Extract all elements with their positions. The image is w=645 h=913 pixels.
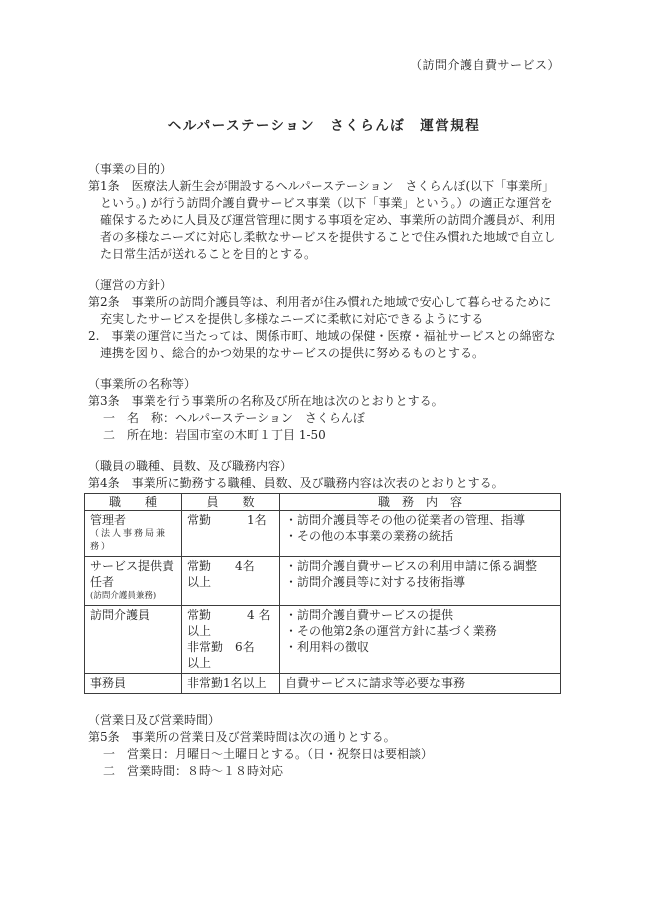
business-days-item: 一 営業日：月曜日～土曜日とする。（日・祝祭日は要相談） [88,746,560,763]
role-note: (訪問介護員兼務) [90,590,176,603]
article-3-lead: 第3条 事業を行う事業所の名称及び所在地は次のとおりとする。 [88,393,560,410]
duties-cell: ・訪問介護自費サービスの提供 ・その他第2条の運営方針に基づく業務 ・利用料の徴… [280,606,561,674]
count-cell: 非常勤1名以上 [182,674,280,694]
role-label: サービス提供責任者 [90,558,176,590]
section-policy: （運営の方針） 第2条 事業所の訪問介護員等は、利用者が住み慣れた地域で安心して… [88,277,560,362]
article-5-lead: 第5条 事業所の営業日及び営業時間は次の通りとする。 [88,729,560,746]
page-title: ヘルパーステーション さくらんぼ 運営規程 [88,118,560,135]
role-note: （法人事務局兼務） [90,528,176,554]
section-purpose-heading: （事業の目的） [88,161,560,178]
col-header-count: 員 数 [182,494,280,511]
section-staff-heading: （職員の職種、員数、及び職務内容） [88,458,560,475]
table-row-service-manager: サービス提供責任者 (訪問介護員兼務) 常勤 4名 以上 ・訪問介護自費サービス… [85,557,561,606]
section-name-address: （事業所の名称等） 第3条 事業を行う事業所の名称及び所在地は次のとおりとする。… [88,376,560,444]
count-cell: 常勤 4名 以上 [182,557,280,606]
business-hours-item: 二 営業時間：８時～１８時対応 [88,763,560,780]
office-name-item: 一 名 称：ヘルパーステーション さくらんぼ [88,410,560,427]
table-row-helper: 訪問介護員 常勤 4 名 以上 非常勤 6名 以上 ・訪問介護自費サービスの提供… [85,606,561,674]
article-2-clause-1: 第2条 事業所の訪問介護員等は、利用者が住み慣れた地域で安心して暮らせるために充… [88,294,560,328]
section-purpose: （事業の目的） 第1条 医療法人新生会が開設するヘルパーステーション さくらんぼ… [88,161,560,263]
article-2-clause-2: 2. 事業の運営に当たっては、関係市町、地域の保健・医療・福祉サービスとの綿密な… [88,328,560,362]
duties-cell: ・訪問介護員等その他の従業者の管理、指導 ・その他の本事業の業務の統括 [280,511,561,557]
duties-cell: 自費サービスに請求等必要な事務 [280,674,561,694]
article-1-text: 第1条 医療法人新生会が開設するヘルパーステーション さくらんぼ(以下「事業所」… [88,178,560,263]
duties-cell: ・訪問介護自費サービスの利用申請に係る調整 ・訪問介護員等に対する技術指導 [280,557,561,606]
article-4-lead: 第4条 事業所に勤務する職種、員数、及び職務内容は次表のとおりとする。 [88,475,560,492]
role-label: 訪問介護員 [90,607,176,623]
document-page: （訪問介護自費サービス） ヘルパーステーション さくらんぼ 運営規程 （事業の目… [0,0,645,913]
section-staff: （職員の職種、員数、及び職務内容） 第4条 事業所に勤務する職種、員数、及び職務… [88,458,560,694]
table-row-clerk: 事務員 非常勤1名以上 自費サービスに請求等必要な事務 [85,674,561,694]
table-row-manager: 管理者 （法人事務局兼務） 常勤 1名 ・訪問介護員等その他の従業者の管理、指導… [85,511,561,557]
staff-table-header-row: 職 種 員 数 職 務 内 容 [85,494,561,511]
count-cell: 常勤 4 名 以上 非常勤 6名 以上 [182,606,280,674]
role-label: 管理者 [90,512,176,528]
section-name-heading: （事業所の名称等） [88,376,560,393]
office-address-item: 二 所在地：岩国市室の木町１丁目 1-50 [88,427,560,444]
staff-table: 職 種 員 数 職 務 内 容 管理者 （法人事務局兼務） 常勤 1名 ・訪問介… [84,493,561,694]
section-hours: （営業日及び営業時間） 第5条 事業所の営業日及び営業時間は次の通りとする。 一… [88,712,560,780]
count-cell: 常勤 1名 [182,511,280,557]
corner-note: （訪問介護自費サービス） [88,57,560,74]
section-hours-heading: （営業日及び営業時間） [88,712,560,729]
col-header-role: 職 種 [85,494,182,511]
role-label: 事務員 [90,675,176,691]
section-policy-heading: （運営の方針） [88,277,560,294]
col-header-duties: 職 務 内 容 [280,494,561,511]
